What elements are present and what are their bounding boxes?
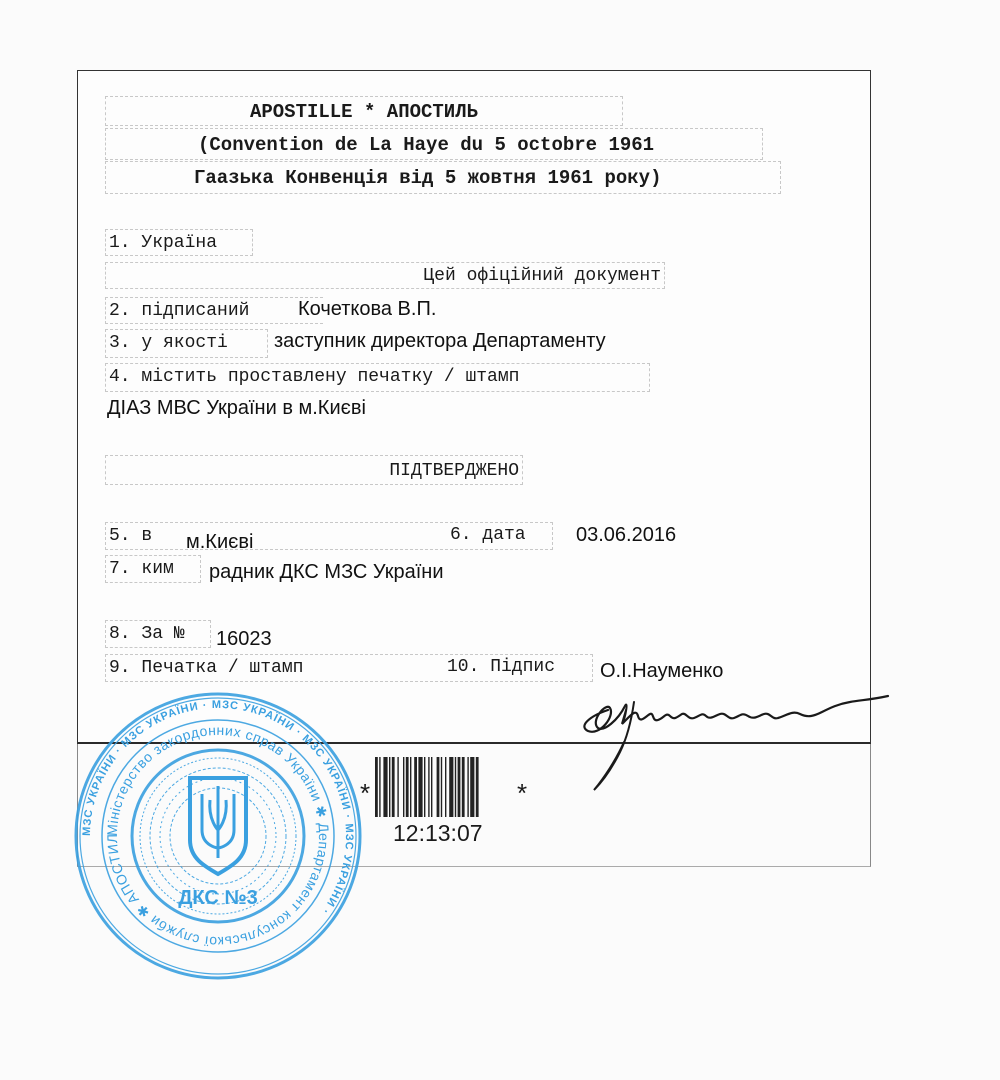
signature-scribble <box>570 686 900 796</box>
convention-fr: (Convention de La Haye du 5 octobre 1961 <box>105 128 763 160</box>
barcode <box>375 757 515 817</box>
field-10-label: 10. Підпис <box>444 654 594 682</box>
field-4-value: ДІАЗ МВС України в м.Києві <box>107 397 366 420</box>
field-5-value: м.Києві <box>186 531 253 554</box>
field-3-value: заступник директора Департаменту <box>274 330 606 353</box>
barcode-time: 12:13:07 <box>393 820 483 847</box>
svg-text:ДКС №3: ДКС №3 <box>178 887 258 909</box>
field-7-value: радник ДКС МЗС України <box>209 561 444 584</box>
intro-text: Цей офіційний документ <box>105 262 665 289</box>
field-3-label: 3. у якості <box>105 329 268 358</box>
official-stamp: МЗС УКРАЇНИ · МЗС УКРАЇНИ · МЗС УКРАЇНИ … <box>72 690 364 982</box>
apostille-title: APOSTILLE * АПОСТИЛЬ <box>105 96 623 126</box>
field-10-value: О.І.Науменко <box>600 660 723 683</box>
field-7-label: 7. ким <box>105 555 201 583</box>
field-6-label: 6. дата <box>447 522 553 550</box>
field-8-value: 16023 <box>216 628 272 651</box>
barcode-end-char: * <box>517 778 527 809</box>
field-1-country: 1. Україна <box>105 229 253 256</box>
field-8-label: 8. За № <box>105 620 211 648</box>
convention-ua: Гаазька Конвенція від 5 жовтня 1961 року… <box>105 161 781 194</box>
field-6-value: 03.06.2016 <box>576 524 676 547</box>
field-4-label: 4. містить проставлену печатку / штамп <box>105 363 650 392</box>
certified-heading: ПІДТВЕРДЖЕНО <box>105 455 523 485</box>
field-2-value: Кочеткова В.П. <box>298 298 436 321</box>
field-2-label: 2. підписаний <box>105 297 323 324</box>
